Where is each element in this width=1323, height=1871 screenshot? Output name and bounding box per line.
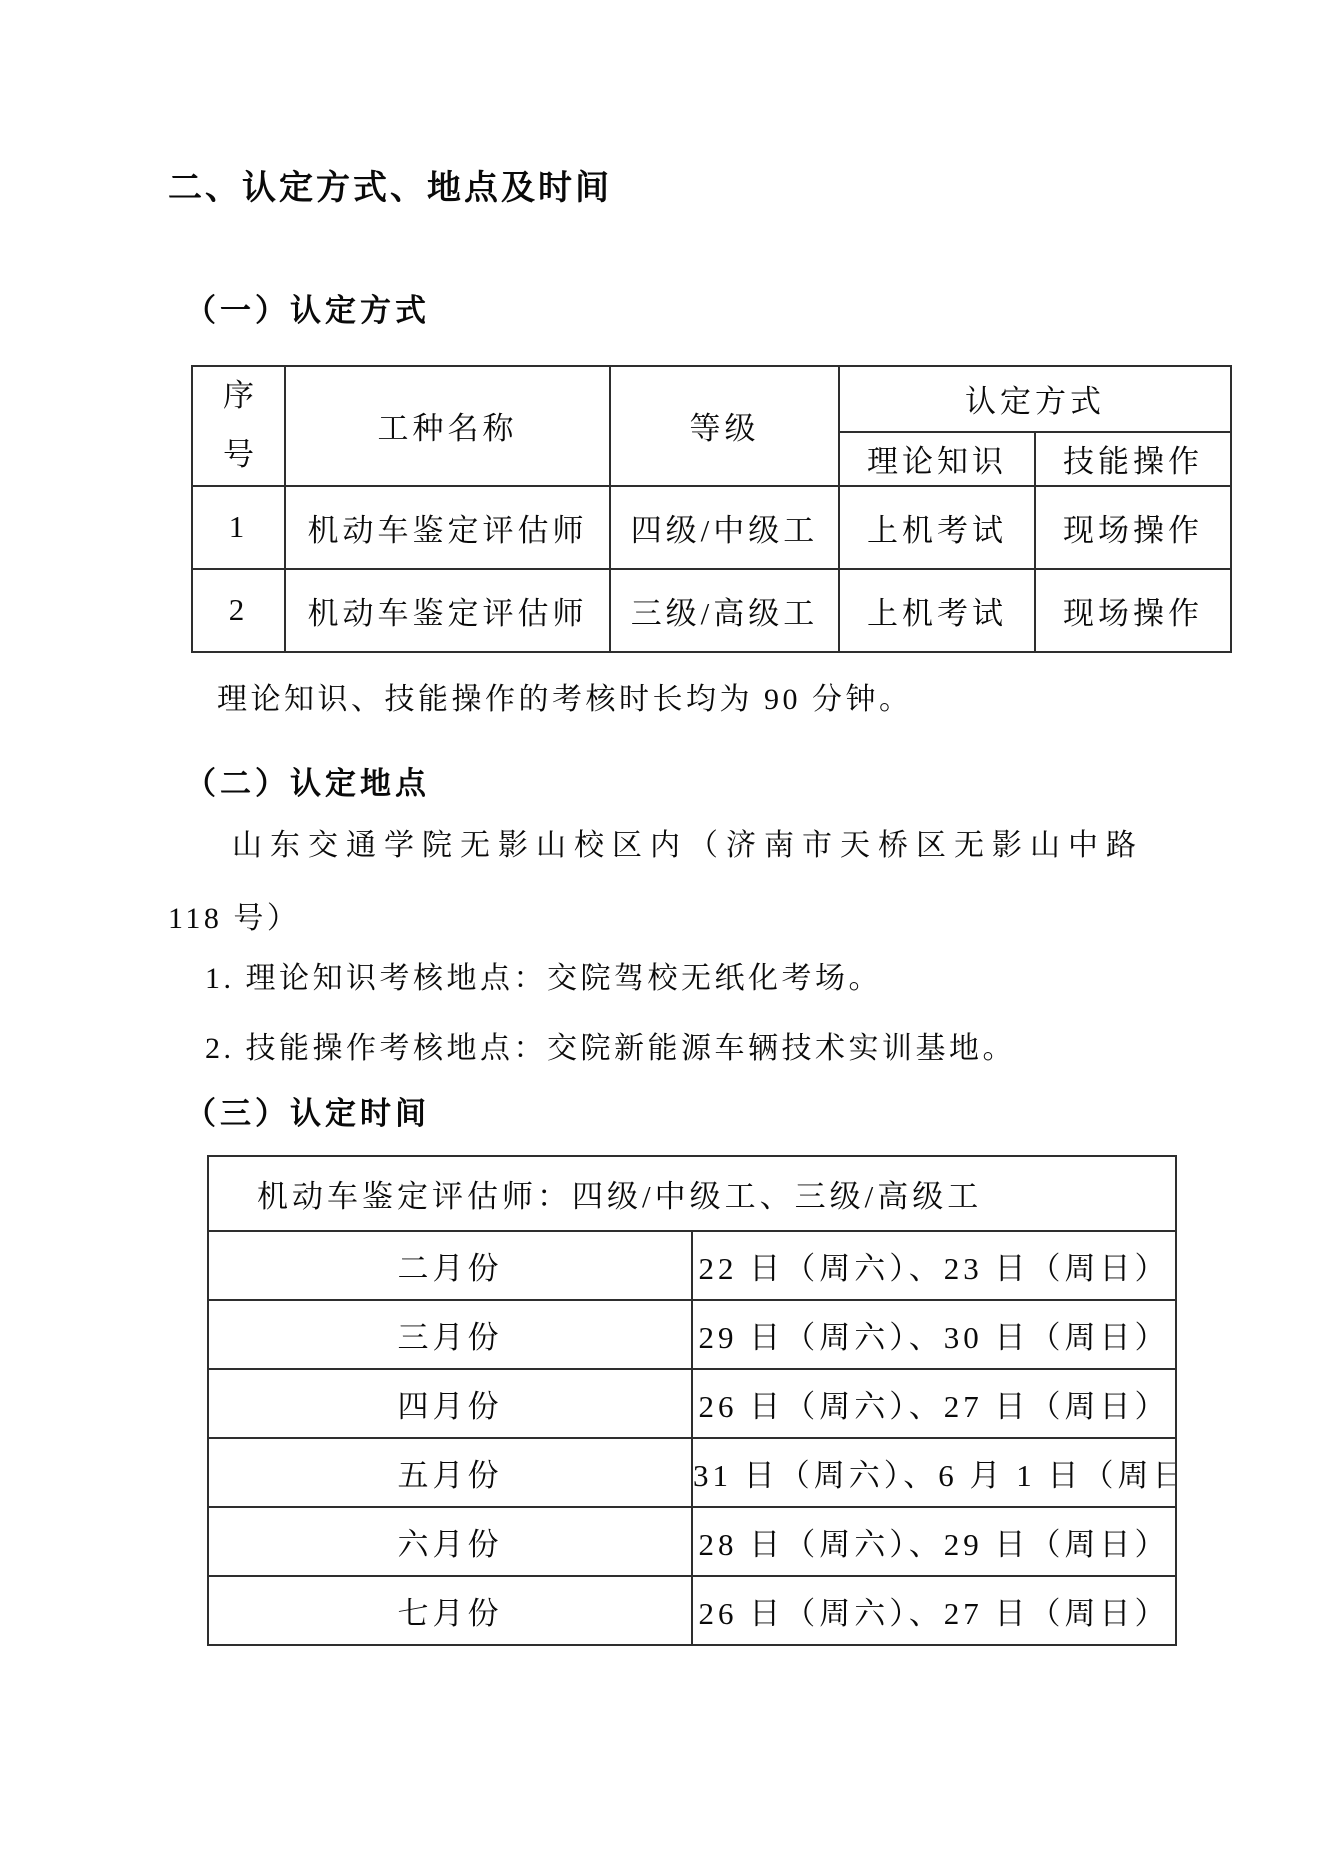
method-row-job: 机动车鉴定评估师: [285, 486, 610, 569]
time-row-month: 四月份: [208, 1369, 692, 1438]
time-table-header: 机动车鉴定评估师：四级/中级工、三级/高级工: [208, 1156, 1176, 1231]
time-row-month: 六月份: [208, 1507, 692, 1576]
method-row-seq: 2: [192, 569, 285, 652]
method-table-header-method: 认定方式: [839, 366, 1231, 432]
location-item-theory: 1. 理论知识考核地点：交院驾校无纸化考场。: [205, 953, 882, 997]
method-table-header-theory: 理论知识: [839, 432, 1035, 486]
method-row-seq: 1: [192, 486, 285, 569]
method-note: 理论知识、技能操作的考核时长均为 90 分钟。: [217, 674, 913, 718]
method-table-header-skill: 技能操作: [1035, 432, 1231, 486]
table-row: 六月份 28 日（周六）、29 日（周日）: [208, 1507, 1176, 1576]
time-table: 机动车鉴定评估师：四级/中级工、三级/高级工 二月份 22 日（周六）、23 日…: [207, 1155, 1177, 1646]
time-row-month: 五月份: [208, 1438, 692, 1507]
time-row-month: 七月份: [208, 1576, 692, 1645]
section-location-title: （二）认定地点: [185, 758, 430, 803]
time-row-dates: 26 日（周六）、27 日（周日）: [692, 1369, 1176, 1438]
location-address-line1: 山东交通学院无影山校区内（济南市天桥区无影山中路: [232, 820, 1144, 864]
method-row-level: 三级/高级工: [610, 569, 839, 652]
method-row-theory: 上机考试: [839, 486, 1035, 569]
method-table-header-seq: 序号: [192, 366, 285, 486]
location-address-line2: 118 号）: [168, 893, 300, 937]
document-page: 二、认定方式、地点及时间 （一）认定方式 序号 工种名称 等级 认定方式 理论知…: [0, 0, 1323, 1871]
method-row-theory: 上机考试: [839, 569, 1035, 652]
time-row-dates: 22 日（周六）、23 日（周日）: [692, 1231, 1176, 1300]
method-row-level: 四级/中级工: [610, 486, 839, 569]
method-table-header-job: 工种名称: [285, 366, 610, 486]
section-time-title: （三）认定时间: [185, 1088, 430, 1133]
table-row: 1 机动车鉴定评估师 四级/中级工 上机考试 现场操作: [192, 486, 1231, 569]
method-row-job: 机动车鉴定评估师: [285, 569, 610, 652]
time-row-dates: 26 日（周六）、27 日（周日）: [692, 1576, 1176, 1645]
method-table-header-level: 等级: [610, 366, 839, 486]
time-row-month: 三月份: [208, 1300, 692, 1369]
doc-heading: 二、认定方式、地点及时间: [168, 160, 612, 209]
table-row: 2 机动车鉴定评估师 三级/高级工 上机考试 现场操作: [192, 569, 1231, 652]
time-row-dates: 31 日（周六）、6 月 1 日（周日）: [692, 1438, 1176, 1507]
time-row-dates: 29 日（周六）、30 日（周日）: [692, 1300, 1176, 1369]
method-row-skill: 现场操作: [1035, 569, 1231, 652]
table-row: 四月份 26 日（周六）、27 日（周日）: [208, 1369, 1176, 1438]
section-method-title: （一）认定方式: [185, 285, 430, 330]
location-item-skill: 2. 技能操作考核地点：交院新能源车辆技术实训基地。: [205, 1023, 1016, 1067]
table-row: 五月份 31 日（周六）、6 月 1 日（周日）: [208, 1438, 1176, 1507]
table-row: 二月份 22 日（周六）、23 日（周日）: [208, 1231, 1176, 1300]
time-row-dates: 28 日（周六）、29 日（周日）: [692, 1507, 1176, 1576]
method-row-skill: 现场操作: [1035, 486, 1231, 569]
table-row: 三月份 29 日（周六）、30 日（周日）: [208, 1300, 1176, 1369]
method-table: 序号 工种名称 等级 认定方式 理论知识 技能操作 1 机动车鉴定评估师 四级/…: [191, 365, 1232, 653]
table-row: 七月份 26 日（周六）、27 日（周日）: [208, 1576, 1176, 1645]
method-table-header-seq-label: 序号: [221, 367, 257, 485]
time-row-month: 二月份: [208, 1231, 692, 1300]
